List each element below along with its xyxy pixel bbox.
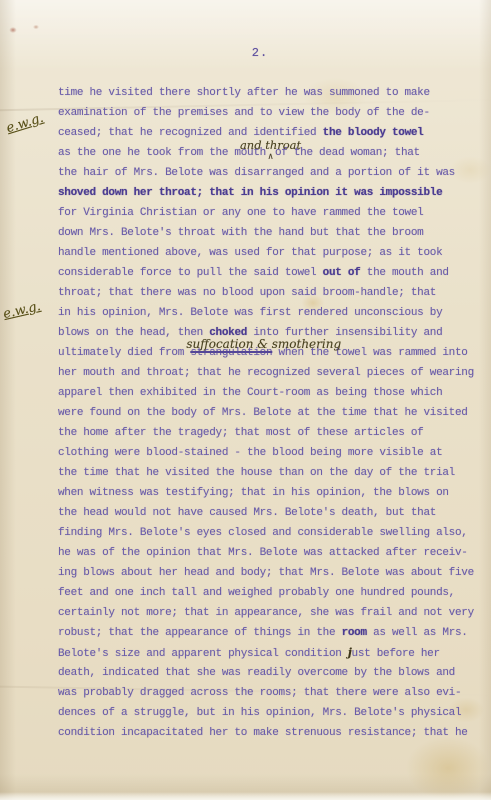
typed-text: he was of the opinion that Mrs. Belote w… [58, 547, 468, 559]
typed-line: time he visited there shortly after he w… [58, 83, 468, 103]
typed-text: apparel then exhibited in the Court-room… [58, 387, 442, 399]
typed-line: the hair of Mrs. Belote was disarranged … [58, 163, 468, 183]
typed-text: when witness was testifying; that in his… [58, 487, 449, 499]
typed-line: was probably dragged across the rooms; t… [58, 683, 468, 703]
typed-line: ultimately died from strangulationsuffoc… [58, 343, 468, 363]
typed-line: the time that he visited the house than … [58, 463, 468, 483]
corrected-word: strangulationsuffocation & smothering [190, 343, 272, 363]
typed-line: the head would not have caused Mrs. Belo… [58, 503, 468, 523]
typed-text: considerable force to pull the said towe… [58, 267, 323, 279]
typed-word-bold: the bloody towel [323, 127, 424, 139]
typed-line: dences of a struggle, but in his opinion… [58, 703, 468, 723]
typed-text: feet and one inch tall and weighed proba… [58, 587, 455, 599]
document-page: 2. time he visited there shortly after h… [0, 0, 491, 800]
typed-text: her mouth and throat; that he recognized… [58, 367, 474, 379]
typed-line: death, indicated that she was readily ov… [58, 663, 468, 683]
typed-text: time he visited there shortly after he w… [58, 87, 430, 99]
typed-line: the home after the tragedy; that most of… [58, 423, 468, 443]
typed-text: death, indicated that she was readily ov… [58, 667, 455, 679]
typed-line: apparel then exhibited in the Court-room… [58, 383, 468, 403]
typed-text: condition incapacitated her to make stre… [58, 727, 468, 739]
typed-text: clothing were blood-stained - the blood … [58, 447, 442, 459]
typed-line: for Virginia Christian or any one to hav… [58, 203, 468, 223]
typed-line: robust; that the appearance of things in… [58, 623, 468, 643]
typed-text: dences of a struggle, but in his opinion… [58, 707, 461, 719]
typed-text: for Virginia Christian or any one to hav… [58, 207, 423, 219]
typed-text: examination of the premises and to view … [58, 107, 430, 119]
typed-line: shoved down her throat; that in his opin… [58, 183, 468, 203]
typed-line: in his opinion, Mrs. Belote was first re… [58, 303, 468, 323]
typed-text: Belote's size and apparent physical cond… [58, 648, 348, 660]
typed-text: the head would not have caused Mrs. Belo… [58, 507, 436, 519]
typed-line: throat; that there was no blood upon sai… [58, 283, 468, 303]
typed-text: throat; that there was no blood upon sai… [58, 287, 436, 299]
typed-line: he was of the opinion that Mrs. Belote w… [58, 543, 468, 563]
typed-text: the home after the tragedy; that most of… [58, 427, 423, 439]
typed-line: were found on the body of Mrs. Belote at… [58, 403, 468, 423]
typed-text: ust before her [352, 648, 440, 660]
handwritten-correction: suffocation & smothering [186, 334, 341, 354]
margin-initials: e.w.g. [2, 299, 42, 322]
typed-word-bold: out of [323, 267, 361, 279]
typed-line: considerable force to pull the said towe… [58, 263, 468, 283]
typed-line: clothing were blood-stained - the blood … [58, 443, 468, 463]
typed-text: certainly not more; that in appearance, … [58, 607, 474, 619]
typed-lines: time he visited there shortly after he w… [58, 83, 468, 743]
margin-initials: e.w.g. [5, 111, 46, 136]
typed-line: ing blows about her head and body; that … [58, 563, 468, 583]
typed-text: as well as Mrs. [367, 627, 468, 639]
typed-text: down Mrs. Belote's throat with the hand … [58, 227, 423, 239]
typed-line: examination of the premises and to view … [58, 103, 468, 123]
typed-text: in his opinion, Mrs. Belote was first re… [58, 307, 442, 319]
typed-text: was probably dragged across the rooms; t… [58, 687, 461, 699]
typed-word-bold: room [342, 627, 367, 639]
typed-text: as the one he took from the mouth [58, 147, 266, 159]
typed-text: the hair of Mrs. Belote was disarranged … [58, 167, 455, 179]
typed-line: when witness was testifying; that in his… [58, 483, 468, 503]
typed-text: were found on the body of Mrs. Belote at… [58, 407, 468, 419]
typed-text: handle mentioned above, was used for tha… [58, 247, 442, 259]
typed-text: ing blows about her head and body; that … [58, 567, 474, 579]
typed-line: Belote's size and apparent physical cond… [58, 643, 468, 663]
handwritten-insertion: and throat∧ [266, 143, 275, 163]
typed-line: her mouth and throat; that he recognized… [58, 363, 468, 383]
typed-text: ultimately died from [58, 347, 190, 359]
typed-line: handle mentioned above, was used for tha… [58, 243, 468, 263]
typed-line: feet and one inch tall and weighed proba… [58, 583, 468, 603]
paper-bottom-edge [0, 792, 491, 800]
typed-line: certainly not more; that in appearance, … [58, 603, 468, 623]
typed-text: robust; that the appearance of things in… [58, 627, 342, 639]
typed-text: the time that he visited the house than … [58, 467, 455, 479]
typed-line: finding Mrs. Belote's eyes closed and co… [58, 523, 468, 543]
caret-mark: ∧ [268, 147, 273, 167]
typed-line: down Mrs. Belote's throat with the hand … [58, 223, 468, 243]
typed-text: the mouth and [360, 267, 448, 279]
typed-line: condition incapacitated her to make stre… [58, 723, 468, 743]
typed-text: finding Mrs. Belote's eyes closed and co… [58, 527, 468, 539]
typed-line: as the one he took from the mouthand thr… [58, 143, 468, 163]
page-number: 2. [58, 46, 462, 60]
typed-word-bold: shoved down her throat; that in his opin… [58, 187, 442, 199]
